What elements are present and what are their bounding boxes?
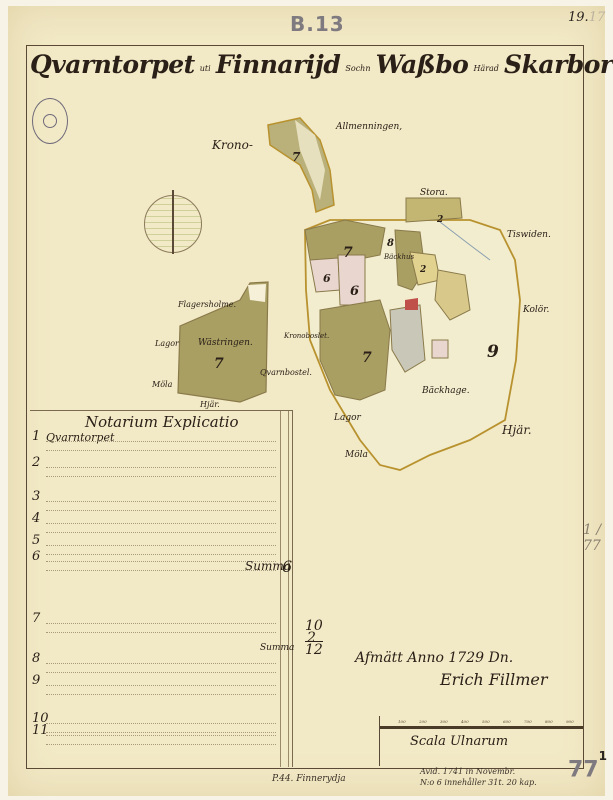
table-row-number: 1 <box>32 429 40 444</box>
handwritten-line <box>46 444 276 451</box>
margin-note: 1 / 77 <box>583 522 613 554</box>
scale-bar: 100200300400500600700800900 Scala Ulnaru… <box>379 716 583 766</box>
handwritten-line <box>46 729 276 736</box>
scale-tick: 200 <box>419 719 427 724</box>
field-number: 7 <box>343 245 353 261</box>
table-row-number: 5 <box>32 533 40 548</box>
archive-number-main: 77 <box>568 757 599 782</box>
table-row-number: 6 <box>32 549 40 564</box>
place-label-tiswiden: Tiswiden. <box>507 230 551 240</box>
field-number: 2 <box>420 265 426 275</box>
table-row-number: 7 <box>32 611 40 626</box>
handwritten-line <box>46 555 276 562</box>
handwritten-line <box>46 717 276 724</box>
compass-rose-icon <box>144 195 202 253</box>
place-label-wastringen: Wästringen. <box>198 338 253 348</box>
table-row-number: 3 <box>32 489 40 504</box>
place-label-lagor-right: Lagor <box>334 413 361 423</box>
handwritten-line <box>46 435 276 442</box>
handwritten-line <box>46 548 276 555</box>
place-label-mola-left: Möla <box>152 380 172 389</box>
handwritten-line <box>46 626 276 633</box>
footer-note: Avid. 1741 in Novembr. N:o 6 innehåller … <box>420 766 537 788</box>
table-row-number: 9 <box>32 673 40 688</box>
table-heading: Notarium Explicatio <box>85 413 239 431</box>
column-divider <box>288 411 289 767</box>
place-label-backhus: Bäckhus <box>384 253 414 261</box>
field-number: 9 <box>487 342 499 362</box>
place-label-kolor: Kolör. <box>523 305 549 315</box>
field-number: 6 <box>323 272 331 285</box>
subtotal-value: 6 <box>282 557 292 576</box>
place-label-kronoboslet: Kronoboslet. <box>284 332 329 340</box>
handwritten-line <box>46 688 276 695</box>
archive-number-sup: 1 <box>599 749 607 763</box>
place-label-backhage: Bäckhage. <box>422 386 470 396</box>
scale-line <box>380 726 583 729</box>
place-label-krono: Krono- <box>212 138 253 152</box>
handwritten-line <box>46 666 276 673</box>
survey-date: Afmätt Anno 1729 Dn. <box>355 650 513 666</box>
total-label: Summa <box>260 643 294 653</box>
parcel-stora <box>406 198 462 222</box>
handwritten-line <box>46 617 276 624</box>
surveyor-signature: Erich Fillmer <box>440 670 548 689</box>
field-number: 7 <box>362 350 372 366</box>
table-row-number: 2 <box>32 455 40 470</box>
handwritten-line <box>46 495 276 502</box>
handwritten-line <box>46 657 276 664</box>
scale-tick: 300 <box>440 719 448 724</box>
scale-tick: 500 <box>482 719 490 724</box>
place-label-qvarnbostel: Qvarnbostel. <box>260 368 312 377</box>
footer-note-line-2: N:o 6 innehåller 31t. 20 kap. <box>420 777 537 788</box>
scale-tick: 900 <box>566 719 574 724</box>
handwritten-line <box>46 517 276 524</box>
field-number: 7 <box>214 356 224 372</box>
handwritten-line <box>46 461 276 468</box>
footer-note-line-1: Avid. 1741 in Novembr. <box>420 766 537 777</box>
handwritten-line <box>46 504 276 511</box>
field-number: 2 <box>437 215 443 225</box>
handwritten-line <box>46 526 276 533</box>
table-row-number: 8 <box>32 651 40 666</box>
handwritten-line <box>46 539 276 546</box>
total-value-3: 12 <box>305 641 323 658</box>
field-number: 8 <box>387 238 394 249</box>
place-label-hjar-right: Hjär. <box>502 423 532 437</box>
scale-tick: 400 <box>461 719 469 724</box>
place-label-stora: Stora. <box>420 188 448 198</box>
place-label-flagerholme: Flagersholme. <box>178 300 236 309</box>
scale-name: Scala Ulnarum <box>410 734 508 749</box>
explanation-table: Notarium Explicatio 1Qvarntorpet23456789… <box>30 410 293 767</box>
handwritten-line <box>46 564 276 571</box>
place-label-allmenningen: Allmenningen, <box>336 122 402 132</box>
field-number: 6 <box>350 284 359 299</box>
scale-tick: 100 <box>398 719 406 724</box>
field-number: 7 <box>292 150 300 164</box>
handwritten-line <box>46 679 276 686</box>
scale-tick: 700 <box>524 719 532 724</box>
scale-tick: 800 <box>545 719 553 724</box>
handwritten-line <box>46 470 276 477</box>
column-divider <box>280 411 281 767</box>
handwritten-line <box>46 738 276 745</box>
archive-number: 771 <box>568 757 607 782</box>
place-label-mola-right: Möla <box>345 450 368 460</box>
place-label-hjar-left: Hjär. <box>200 400 220 409</box>
footer-reference: P.44. Finnerydja <box>272 774 346 784</box>
table-row-number: 4 <box>32 511 40 526</box>
place-label-lagor-left: Lagor <box>155 339 179 348</box>
scale-tick: 600 <box>503 719 511 724</box>
